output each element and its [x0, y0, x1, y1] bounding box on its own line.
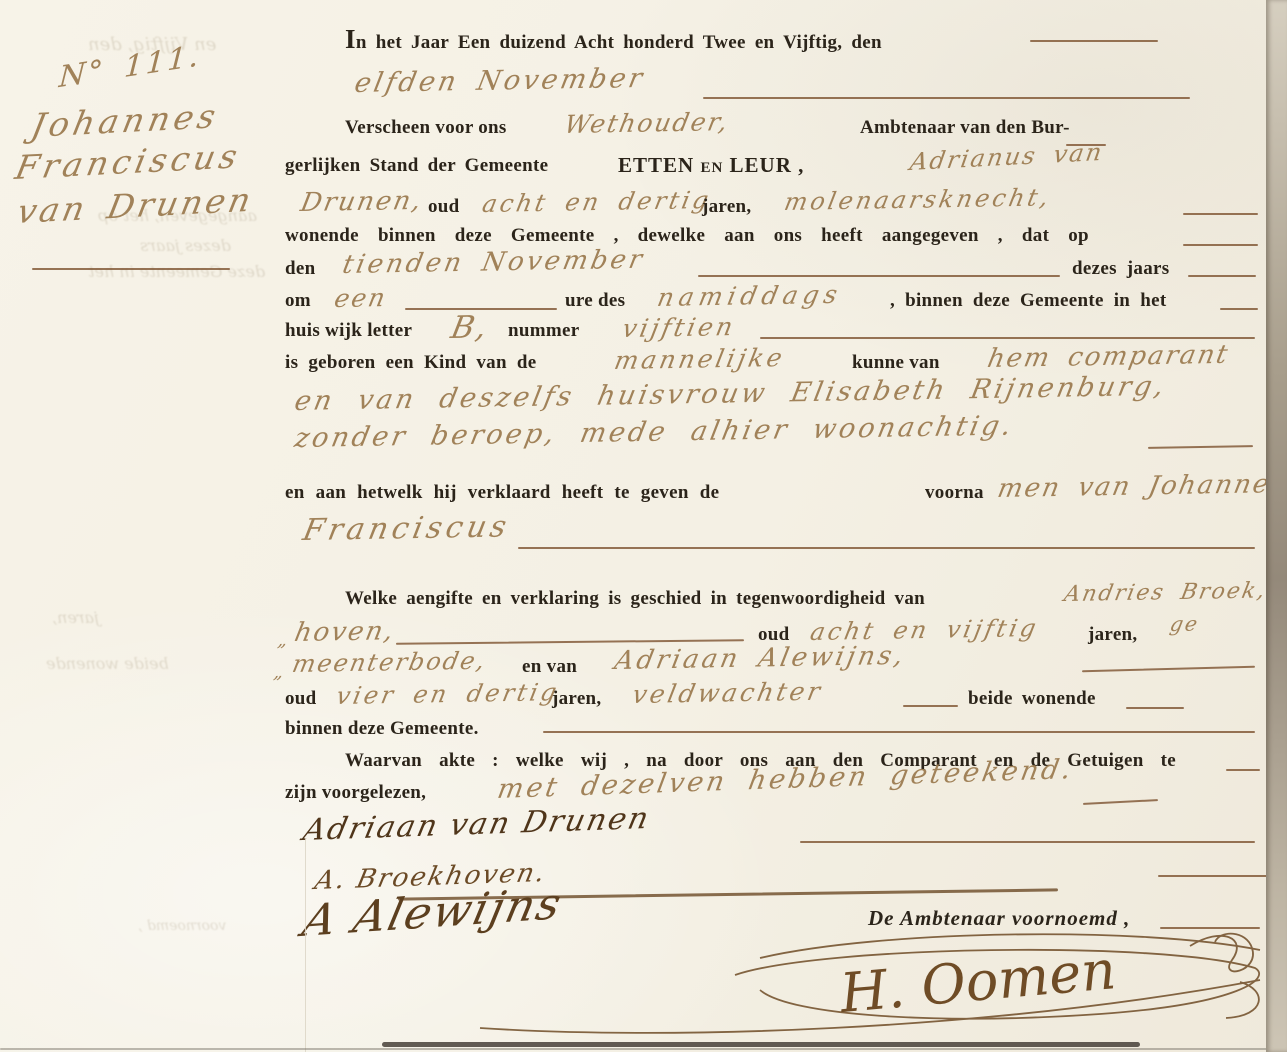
hw-witness1-name: Andries Broek,: [1062, 578, 1269, 607]
hw-registration-date: elfden November: [352, 63, 648, 99]
fill-rule: [518, 547, 1255, 549]
year-line-initial: I: [345, 24, 356, 54]
bottom-scan-line-thin: [0, 1048, 1287, 1050]
printed-voorna: voorna: [925, 482, 984, 504]
officiant-signature: H. Oomen: [837, 938, 1119, 1025]
printed-oud: oud: [428, 196, 460, 218]
fill-rule: [1220, 308, 1258, 310]
hw-given-name-2: Franciscus: [300, 509, 513, 548]
printed-jaren: jaren,: [552, 688, 601, 710]
printed-dezes-jaars: dezes jaars: [1072, 258, 1169, 280]
printed-jaren: jaren,: [702, 196, 751, 218]
hw-father-reference: hem comparant: [985, 340, 1232, 374]
hw-mother-name: en van deszelfs huisvrouw Elisabeth Rijn…: [292, 371, 1169, 417]
printed-binnen-gemeente: , binnen deze Gemeente in het: [890, 290, 1166, 312]
printed-nummer: nummer: [508, 320, 579, 342]
bleedthrough-text: jaren,: [52, 608, 99, 627]
page-edge-shadow: [1266, 0, 1287, 1052]
hw-given-name-1: men van Johannes: [995, 469, 1287, 504]
hw-witness1-name-cont: hoven,: [292, 616, 398, 648]
fill-rule: [698, 275, 1060, 277]
margin-child-firstname: Johannes: [28, 96, 223, 145]
hw-child-gender: mannelijke: [612, 343, 788, 375]
fill-rule: [1158, 875, 1268, 877]
residence-declaration-text: wonende binnen deze Gemeente , dewelke a…: [285, 225, 1089, 247]
hw-declarant-firstname: Adrianus van: [908, 138, 1106, 176]
bleedthrough-text: voornoemd ,: [138, 918, 226, 934]
fill-rule: [1082, 666, 1255, 673]
fill-rule: [800, 841, 1255, 843]
bleedthrough-text: dezes jaars: [140, 236, 231, 255]
printed-geboren-kind: is geboren een Kind van de: [285, 352, 537, 374]
hw-birth-hour: een: [332, 283, 390, 313]
printed-voorgelezen: zijn voorgelezen,: [285, 782, 426, 804]
birth-record-page: en Vijftig, den aangegeven, het op dezes…: [0, 0, 1287, 1052]
printed-jaren: jaren,: [1088, 624, 1137, 646]
hw-witness1-occupation-prefix: ge: [1168, 612, 1201, 636]
printed-binnen-deze-gemeente: binnen deze Gemeente.: [285, 718, 479, 740]
printed-beide-wonende: beide wonende: [968, 688, 1096, 710]
year-line-text: n het Jaar Een duizend Acht honderd Twee…: [356, 32, 882, 53]
fill-rule: [760, 337, 1255, 339]
fill-rule: [1183, 213, 1258, 215]
printed-om: om: [285, 290, 311, 312]
hw-official-title: Wethouder,: [562, 107, 732, 139]
fill-rule: [1126, 707, 1184, 709]
bleedthrough-text: deze Gemeente in het: [88, 262, 265, 281]
year-line: In het Jaar Een duizend Acht honderd Twe…: [345, 24, 882, 55]
hw-mother-occupation: zonder beroep, mede alhier woonachtig.: [292, 411, 1017, 454]
printed-en-van: en van: [522, 656, 577, 678]
hw-declarant-age: acht en dertig: [480, 186, 714, 218]
printed-huis-wijk-letter: huis wijk letter: [285, 320, 412, 342]
hw-daypart: namiddags: [655, 280, 845, 312]
fill-rule: [1148, 445, 1253, 449]
printed-witnesses-intro: Welke aengifte en verklaring is geschied…: [345, 588, 925, 610]
hw-declarant-surname: Drunen,: [298, 186, 425, 218]
hw-witness2-occupation: veldwachter: [630, 677, 825, 709]
civil-registry-text: gerlijken Stand der Gemeente: [285, 155, 548, 177]
fill-rule: [703, 97, 1190, 99]
officiant-signature-flourish: H. Oomen: [460, 920, 1285, 1046]
printed-oud: oud: [285, 688, 317, 710]
fill-rule: [1030, 40, 1158, 42]
bleedthrough-text: beide wonende: [46, 654, 169, 673]
ambtenaar-text: Ambtenaar van den Bur-: [860, 117, 1070, 139]
printed-ure-des: ure des: [565, 290, 625, 312]
hw-witness2-age: vier en dertig: [334, 678, 562, 710]
appeared-before-text: Verscheen voor ons: [345, 117, 507, 139]
printed-names-declaration: en aan hetwelk hij verklaard heeft te ge…: [285, 482, 719, 504]
comparant-signature: Adriaan van Drunen: [300, 801, 654, 848]
fill-rule: [1226, 769, 1260, 771]
fill-rule: [1183, 244, 1258, 246]
hw-witness1-occupation: meenterbode,: [290, 647, 489, 678]
hw-birth-date: tienden November: [340, 245, 647, 280]
bottom-scan-line: [382, 1042, 1140, 1047]
paper-fold-line: [305, 838, 306, 1052]
fill-rule: [543, 731, 1255, 733]
margin-rule: [32, 268, 230, 270]
hw-wijk-letter: B,: [448, 309, 492, 346]
hw-declarant-occupation: molenaarsknecht,: [782, 183, 1054, 216]
municipality-name: ETTEN en LEUR ,: [618, 153, 804, 178]
hw-witness2-name: Adriaan Alewijns,: [612, 641, 909, 676]
ditto-mark: „: [276, 630, 291, 651]
hw-house-number: vijftien: [620, 312, 738, 343]
ditto-mark: „: [272, 662, 287, 683]
printed-den: den: [285, 258, 315, 280]
fill-rule: [1188, 275, 1256, 277]
printed-kunne-van: kunne van: [852, 352, 940, 374]
fill-rule: [903, 705, 958, 707]
fill-rule: [1083, 799, 1158, 805]
